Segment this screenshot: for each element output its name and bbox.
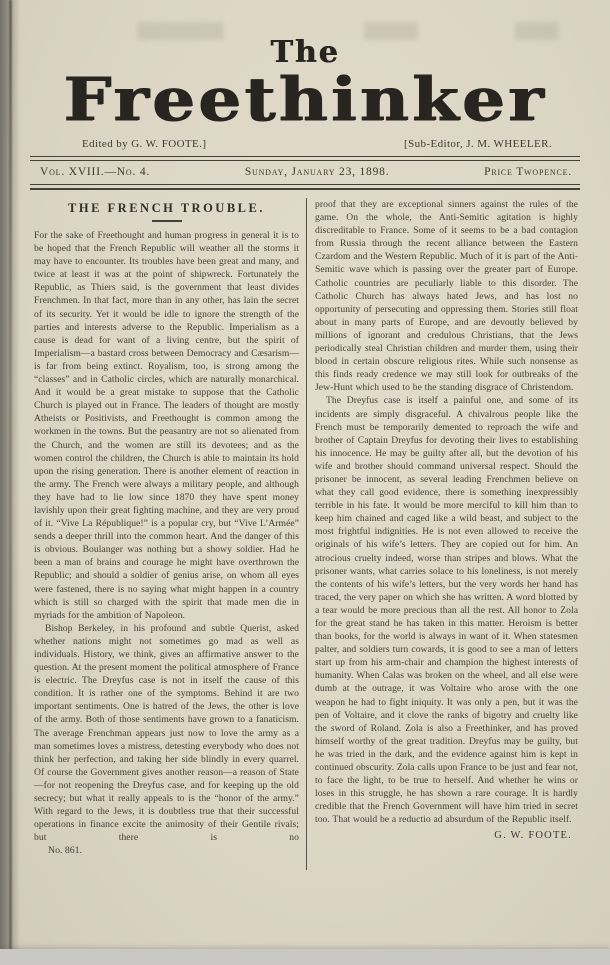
masthead-the: The	[0, 38, 610, 68]
price: Price Twopence.	[484, 166, 572, 178]
editor-left: Edited by G. W. FOOTE.]	[82, 138, 206, 150]
article-paragraph: The Dreyfus case is itself a painful one…	[315, 394, 578, 826]
editor-right: [Sub-Editor, J. M. WHEELER.	[404, 138, 552, 150]
title-ornament	[152, 220, 182, 222]
article-paragraph: Bishop Berkeley, in his profound and sub…	[34, 622, 299, 845]
issue-number: No. 861.	[34, 844, 299, 858]
newspaper-page: The Freethinker Edited by G. W. FOOTE.] …	[0, 0, 610, 965]
masthead: The Freethinker	[0, 0, 610, 132]
editor-row: Edited by G. W. FOOTE.] [Sub-Editor, J. …	[0, 132, 610, 154]
dateline-rule	[30, 184, 580, 190]
article-paragraph: proof that they are exceptional sinners …	[315, 198, 578, 394]
article-paragraph: For the sake of Freethought and human pr…	[34, 229, 299, 622]
issue-date: Sunday, January 23, 1898.	[245, 166, 390, 178]
masthead-title: Freethinker	[63, 68, 546, 132]
right-column: proof that they are exceptional sinners …	[306, 198, 578, 870]
scan-bottom-edge	[0, 949, 610, 965]
volume-number: Vol. XVIII.—No. 4.	[40, 166, 150, 178]
article-body: THE FRENCH TROUBLE. For the sake of Free…	[34, 198, 578, 870]
author-signature: G. W. FOOTE.	[315, 830, 572, 841]
article-title: THE FRENCH TROUBLE.	[34, 201, 299, 216]
left-column: THE FRENCH TROUBLE. For the sake of Free…	[34, 198, 306, 870]
dateline: Vol. XVIII.—No. 4. Sunday, January 23, 1…	[0, 161, 610, 182]
